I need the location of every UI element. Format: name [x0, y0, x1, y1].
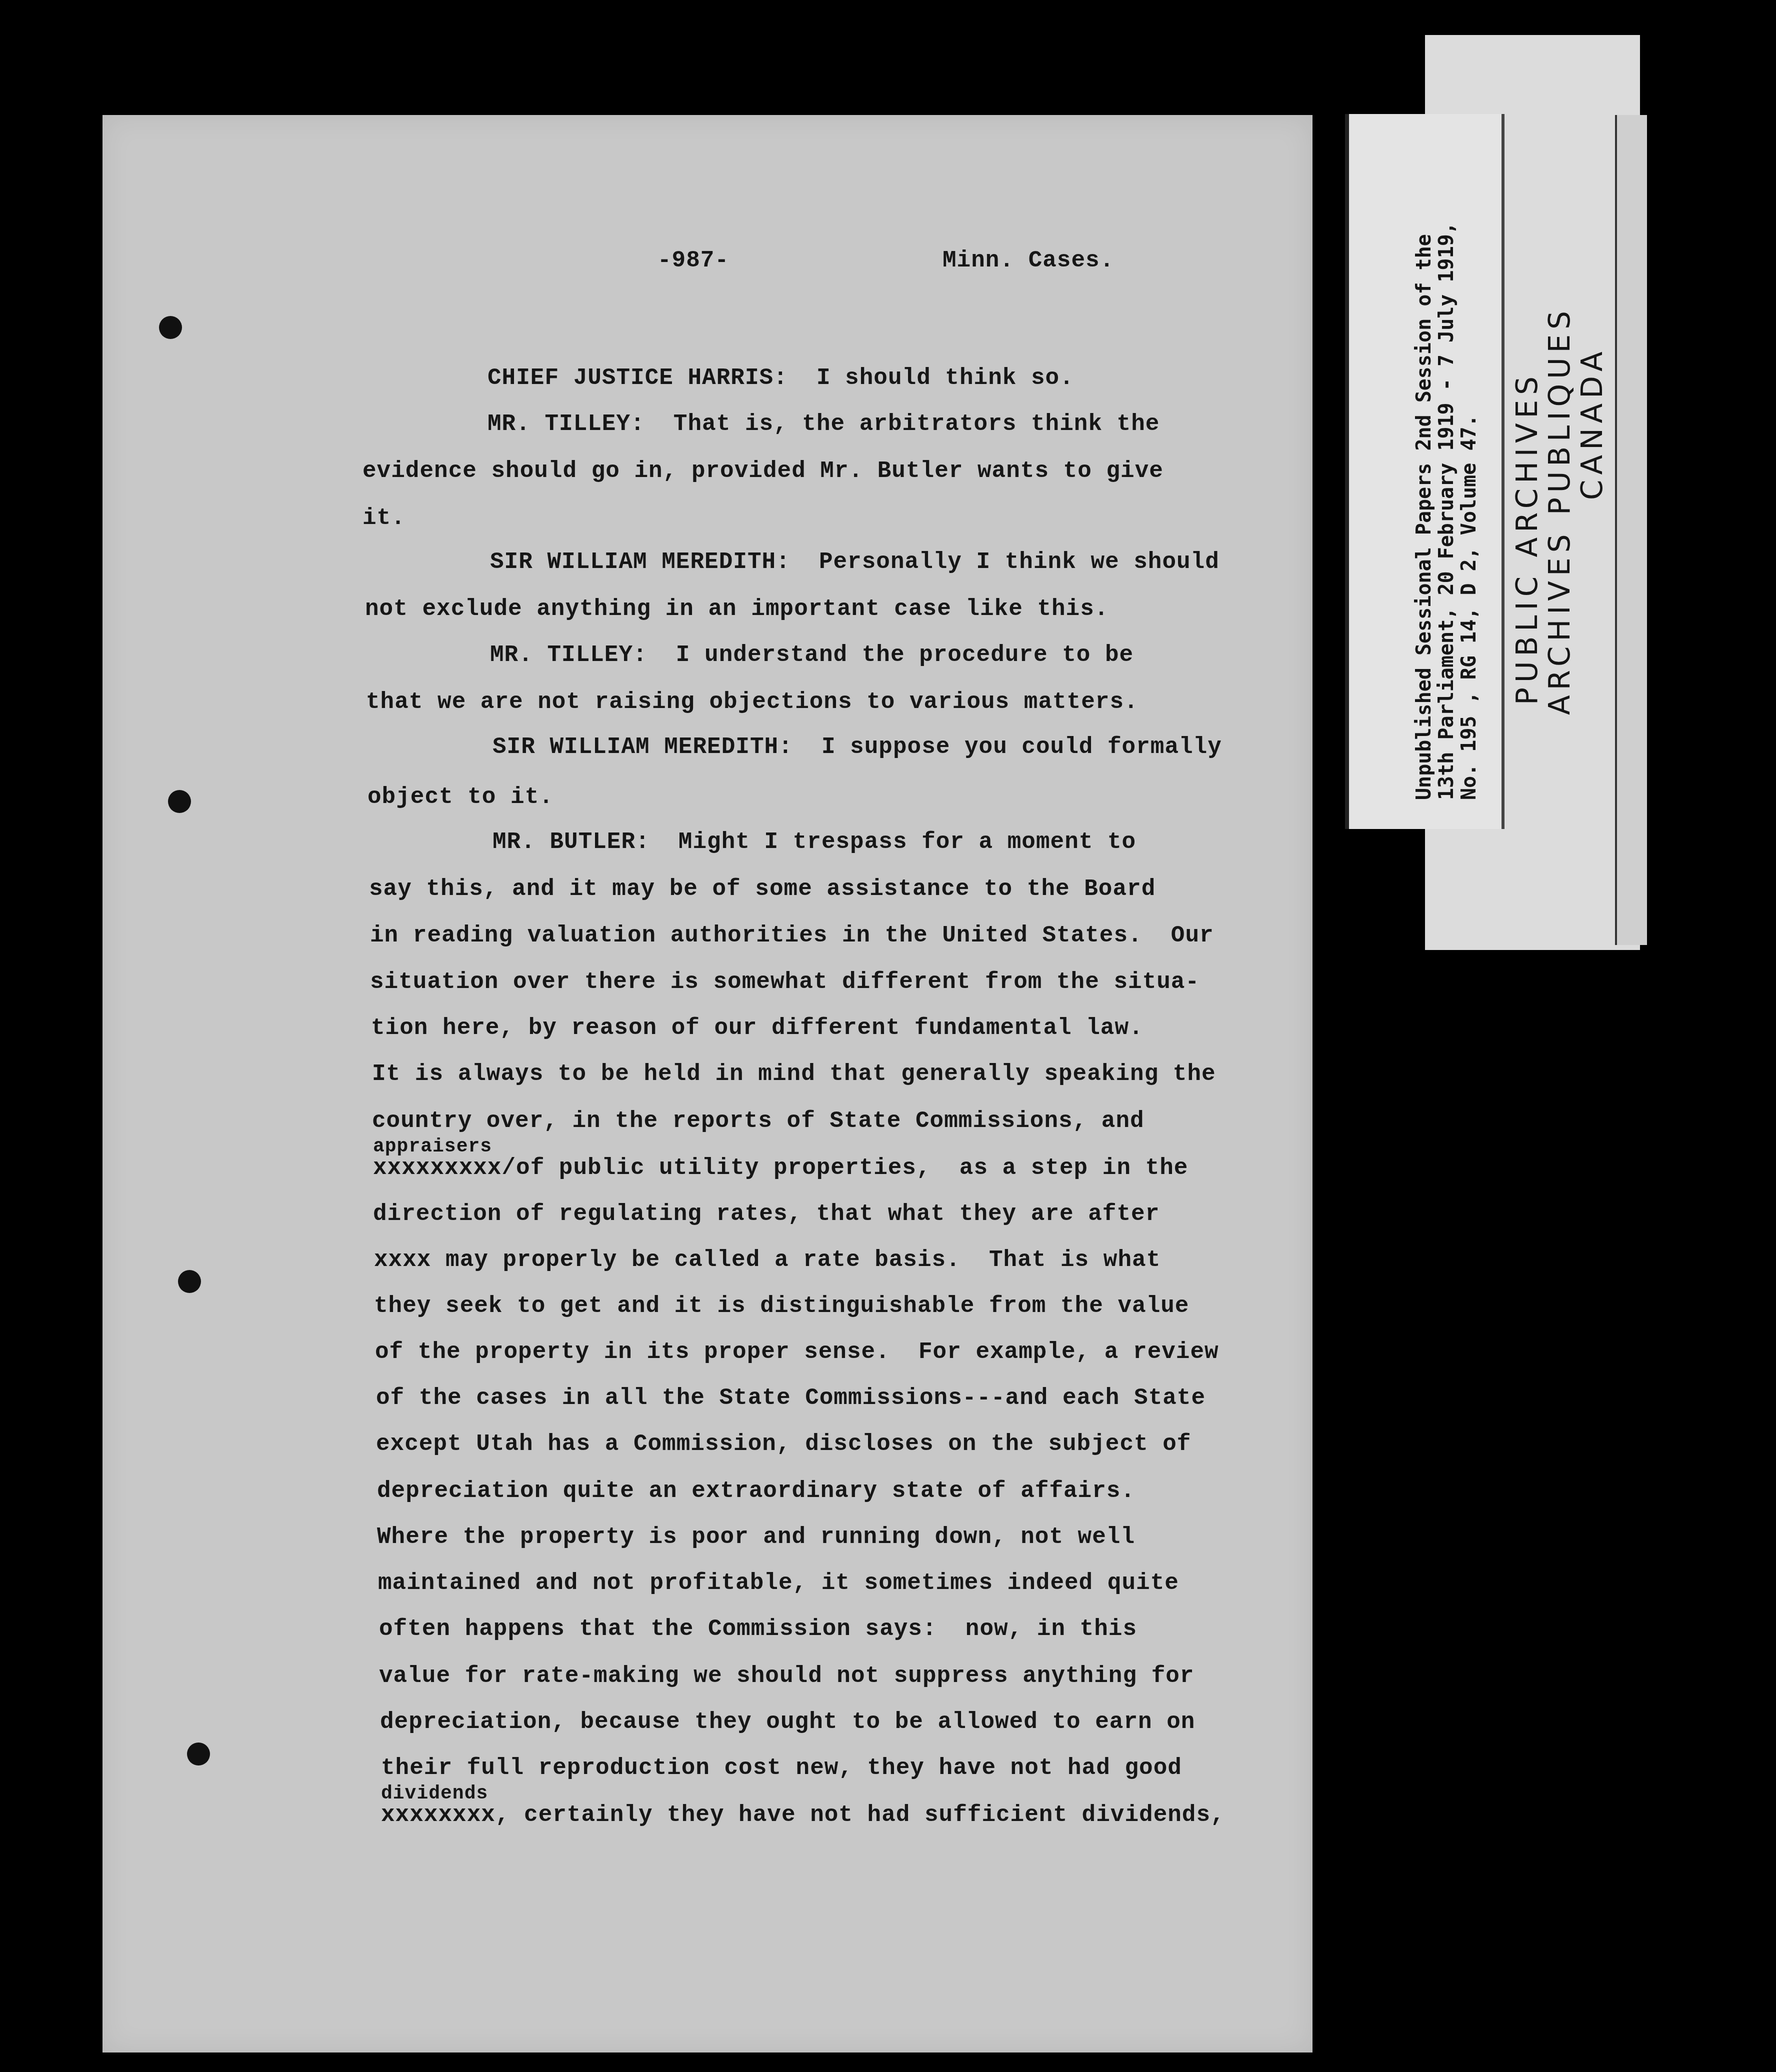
handwritten-insert: dividends [381, 1783, 488, 1804]
body-line: depreciation, because they ought to be a… [380, 1709, 1195, 1735]
punch-hole [168, 790, 191, 813]
body-line: MR. TILLEY: That is, the arbitrators thi… [487, 411, 1159, 437]
body-line: except Utah has a Commission, discloses … [376, 1431, 1191, 1457]
body-line: that we are not raising objections to va… [366, 689, 1138, 715]
body-line: MR. BUTLER: Might I trespass for a momen… [492, 829, 1136, 855]
archive-label-line: 13th Parliament, 20 February 1919 - 7 Ju… [1435, 222, 1458, 800]
body-line: depreciation quite an extraordinary stat… [377, 1478, 1135, 1504]
body-line: not exclude anything in an important cas… [365, 596, 1108, 622]
case-title: Minn. Cases. [942, 247, 1114, 273]
archive-folder-edge [1615, 115, 1647, 945]
punch-hole [159, 316, 182, 339]
archive-stamp-line: CANADA [1575, 346, 1609, 500]
body-line: object to it. [367, 784, 553, 810]
body-line: direction of regulating rates, that what… [373, 1201, 1159, 1227]
body-line: evidence should go in, provided Mr. Butl… [362, 458, 1163, 484]
body-line: value for rate-making we should not supp… [379, 1663, 1194, 1689]
body-line: often happens that the Commission says: … [379, 1616, 1137, 1642]
body-line: SIR WILLIAM MEREDITH: I suppose you coul… [492, 734, 1222, 760]
body-line: MR. TILLEY: I understand the procedure t… [490, 642, 1133, 668]
body-line: Where the property is poor and running d… [377, 1524, 1135, 1550]
archive-label-line: No. 195 , RG 14, D 2, Volume 47. [1457, 414, 1480, 800]
body-line: xxxxxxxx, certainly they have not had su… [381, 1802, 1225, 1828]
body-line: country over, in the reports of State Co… [372, 1108, 1144, 1134]
page-number: -987- [657, 247, 729, 273]
body-line: of the cases in all the State Commission… [376, 1385, 1205, 1411]
archive-label-line: Unpublished Sessional Papers 2nd Session… [1412, 234, 1435, 800]
body-line: of the property in its proper sense. For… [375, 1339, 1219, 1365]
body-line: xxxx may properly be called a rate basis… [374, 1247, 1160, 1273]
body-line: situation over there is somewhat differe… [370, 969, 1199, 995]
body-line: say this, and it may be of some assistan… [369, 876, 1155, 902]
archive-stamp-line: PUBLIC ARCHIVES [1510, 371, 1544, 705]
handwritten-insert: appraisers [373, 1136, 492, 1157]
punch-hole [187, 1742, 210, 1765]
body-line: they seek to get and it is distinguishab… [374, 1293, 1189, 1319]
body-line: It is always to be held in mind that gen… [372, 1061, 1216, 1087]
body-line: it. [362, 505, 405, 531]
body-line: maintained and not profitable, it someti… [378, 1570, 1179, 1596]
body-line: tion here, by reason of our different fu… [371, 1015, 1143, 1041]
punch-hole [178, 1270, 201, 1293]
archive-stamp-line: ARCHIVES PUBLIQUES [1542, 306, 1576, 715]
body-line: xxxxxxxxx/of public utility properties, … [373, 1155, 1188, 1181]
body-line: SIR WILLIAM MEREDITH: Personally I think… [490, 549, 1219, 575]
body-line: their full reproduction cost new, they h… [381, 1755, 1182, 1781]
body-line: CHIEF JUSTICE HARRIS: I should think so. [487, 365, 1074, 391]
body-line: in reading valuation authorities in the … [370, 922, 1214, 948]
